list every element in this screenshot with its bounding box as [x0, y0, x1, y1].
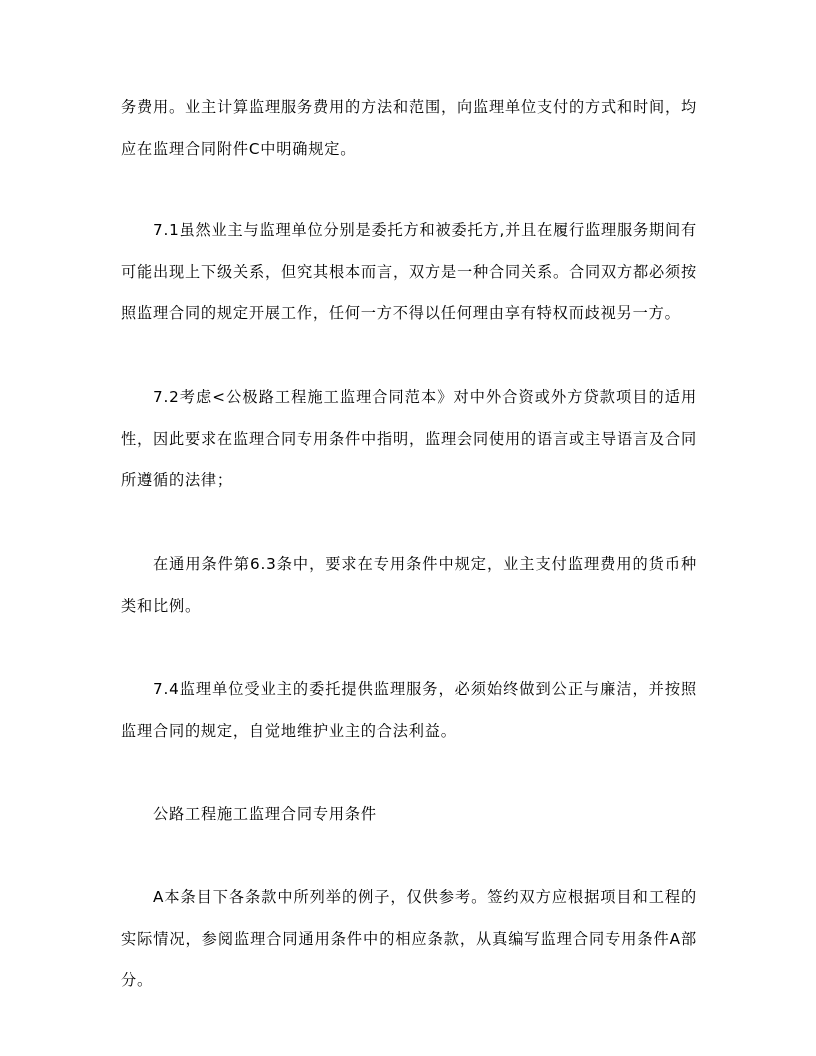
paragraph-a: A本条目下各条款中所列举的例子，仅供参考。签约双方应根据项目和工程的实际情况，参…	[121, 877, 697, 1002]
paragraph-7-1: 7.1虽然业主与监理单位分别是委托方和被委托方,并且在履行监理服务期间有可能出现…	[121, 210, 697, 335]
section-heading: 公路工程施工监理合同专用条件	[121, 794, 697, 836]
paragraph-6-3: 在通用条件第6.3条中，要求在专用条件中规定，业主支付监理费用的货币种类和比例。	[121, 544, 697, 627]
paragraph-7-4: 7.4监理单位受业主的委托提供监理服务，必须始终做到公正与廉洁，并按照监理合同的…	[121, 669, 697, 752]
paragraph-fee-continuation: 务费用。业主计算监理服务费用的方法和范围，向监理单位支付的方式和时间，均应在监理…	[121, 87, 697, 170]
paragraph-7-2: 7.2考虑<公极路工程施工监理合同范本》对中外合资或外方贷款项目的适用性，因此要…	[121, 377, 697, 502]
